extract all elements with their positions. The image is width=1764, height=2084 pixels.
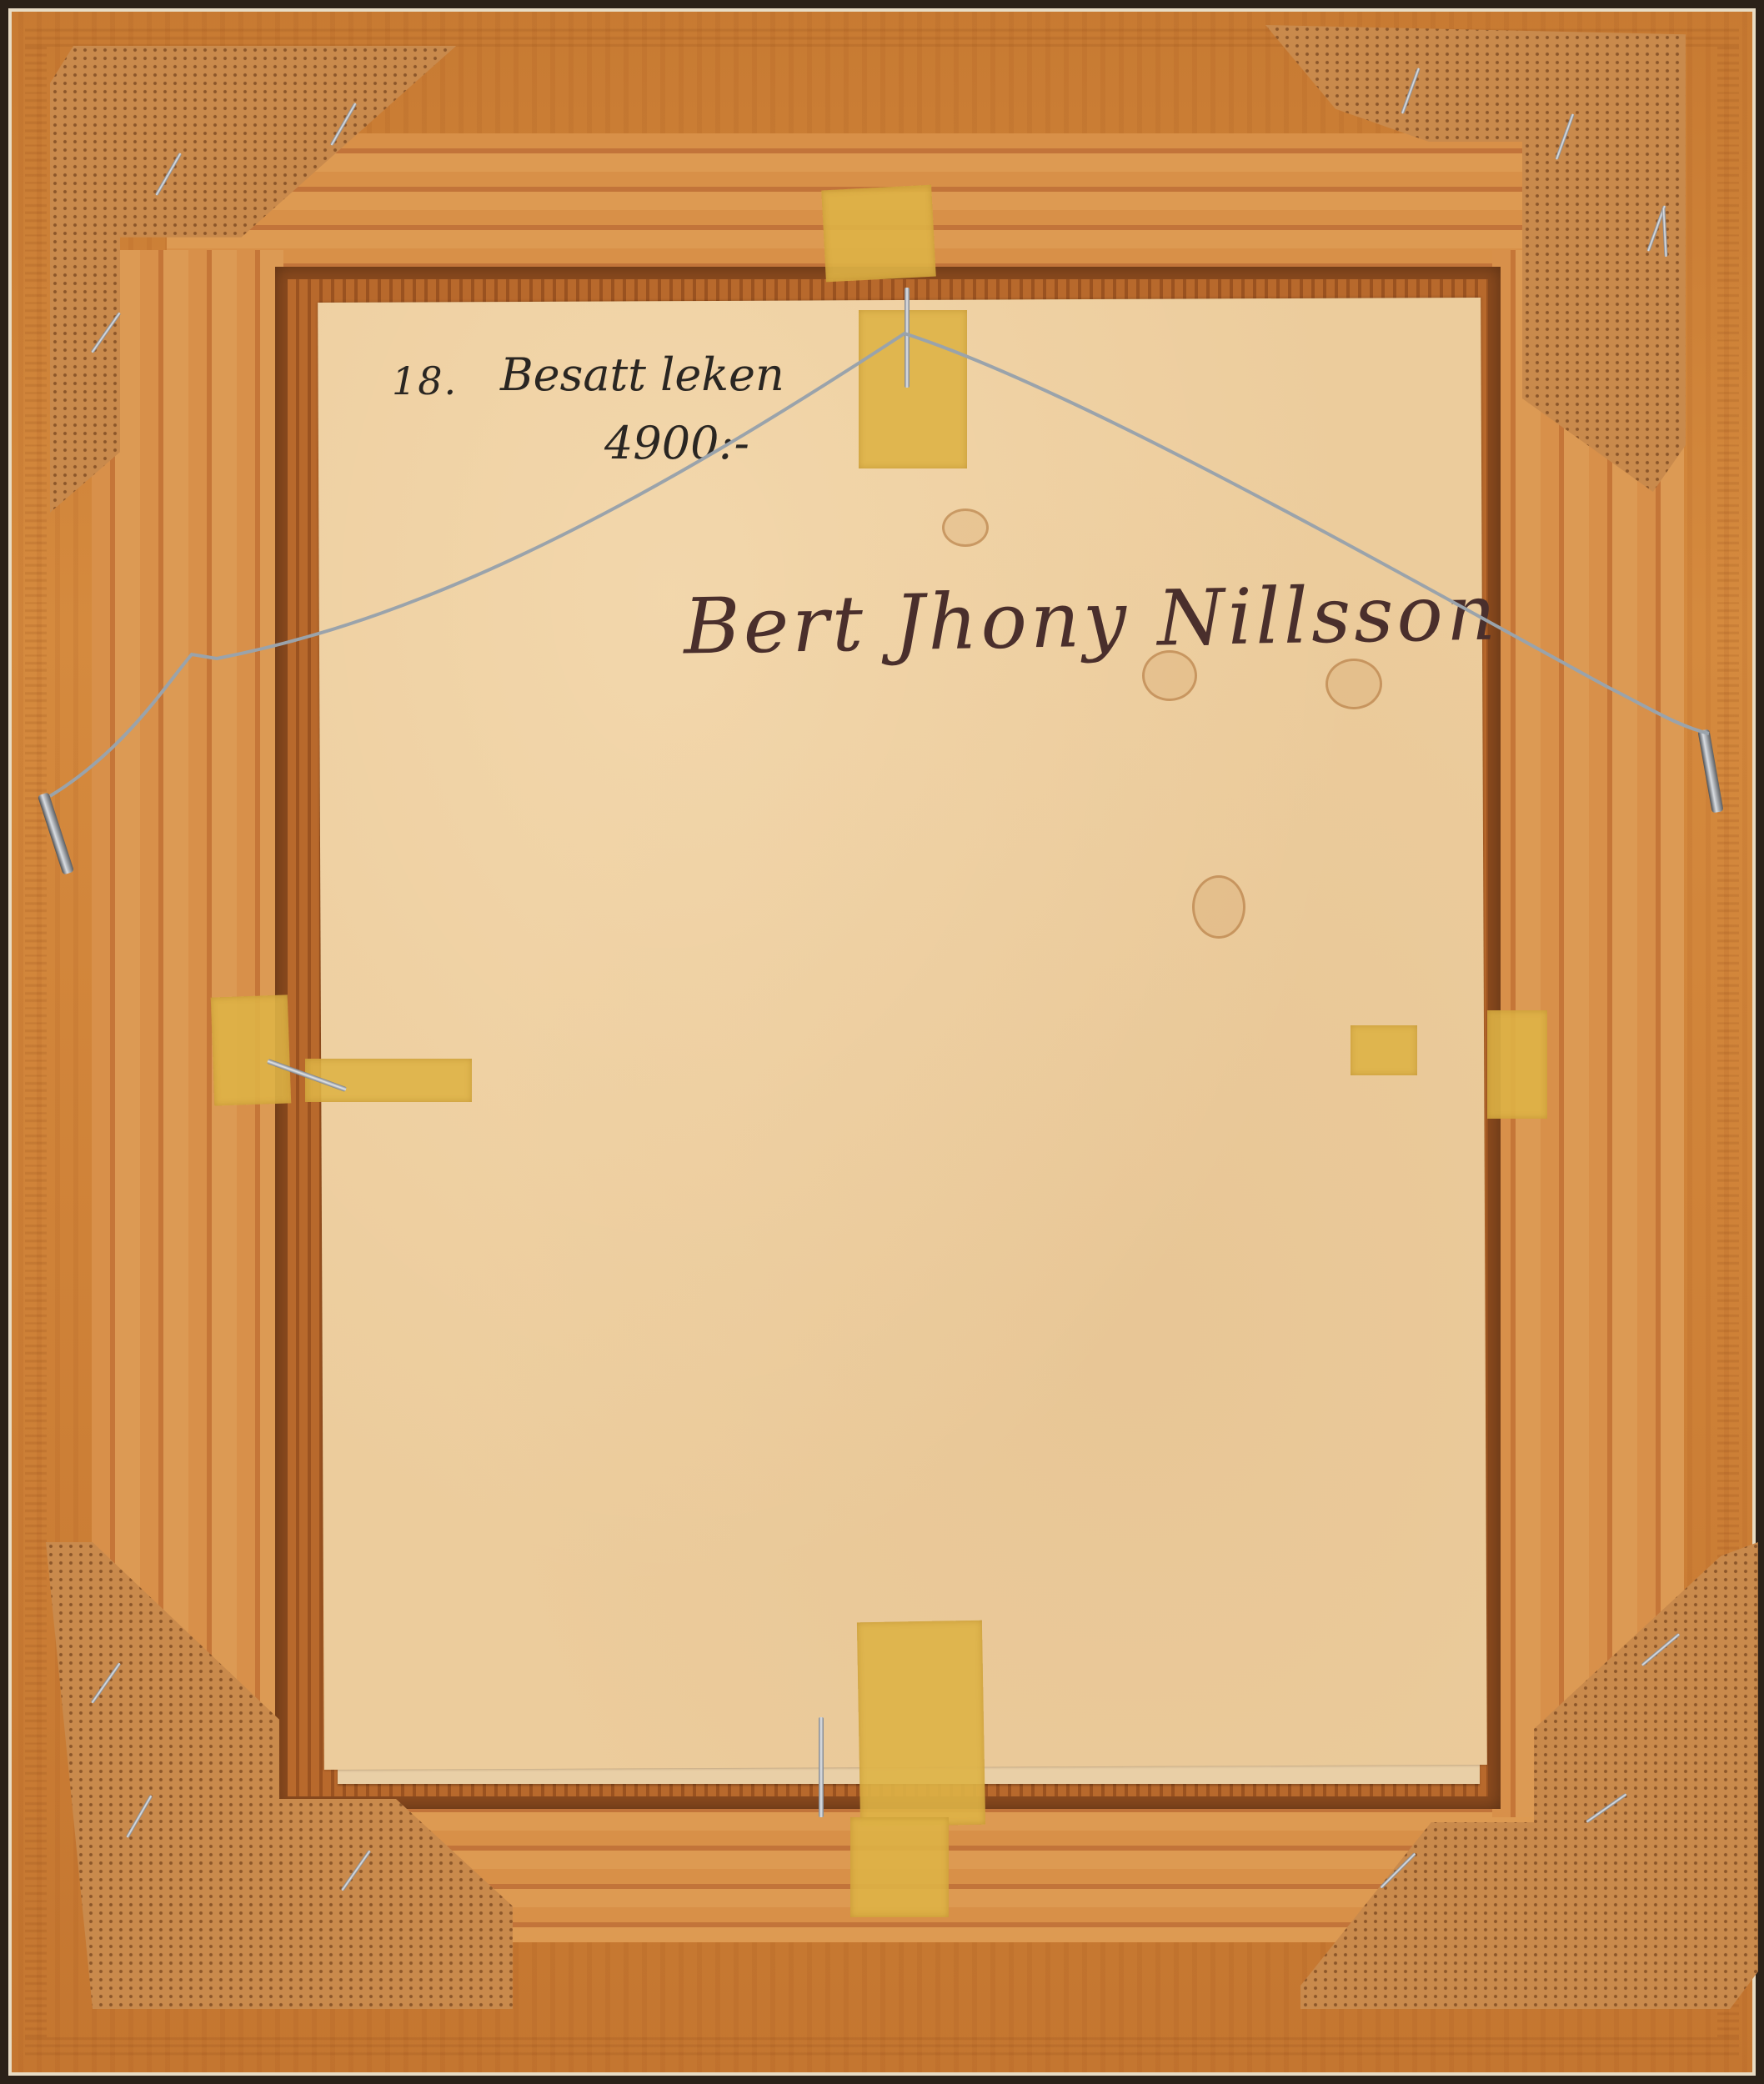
- hanging-wire: [0, 0, 1764, 2084]
- picture-frame-back: 18. Besatt leken 4900:- Bert Jhony Nills…: [0, 0, 1764, 2084]
